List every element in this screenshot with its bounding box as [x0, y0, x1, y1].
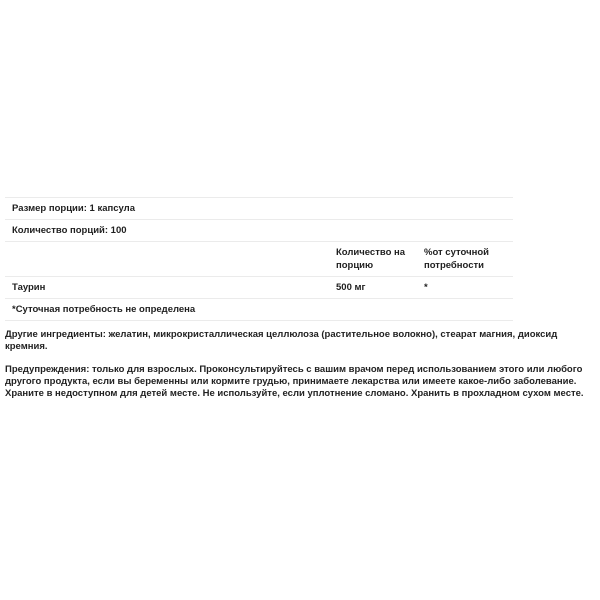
serving-size-row: Размер порции: 1 капсула [5, 198, 513, 220]
ingredient-daily-value: * [424, 282, 428, 294]
ingredient-name: Таурин [12, 282, 45, 294]
serving-size: Размер порции: 1 капсула [12, 203, 135, 215]
daily-value-footnote: *Суточная потребность не определена [12, 304, 195, 316]
daily-value-header: %от суточной потребности [424, 247, 506, 272]
table-header-row: Количество на порцию %от суточной потреб… [5, 242, 513, 277]
footnote-row: *Суточная потребность не определена [5, 299, 513, 321]
amount-per-serving-header: Количество на порцию [336, 247, 418, 272]
ingredient-amount: 500 мг [336, 282, 365, 294]
servings-per-container: Количество порций: 100 [12, 225, 127, 237]
table-row: Таурин 500 мг * [5, 277, 513, 299]
servings-per-container-row: Количество порций: 100 [5, 220, 513, 242]
warnings: Предупреждения: только для взрослых. Про… [5, 364, 595, 400]
supplement-facts-table: Размер порции: 1 капсула Количество порц… [5, 197, 513, 321]
other-ingredients: Другие ингредиенты: желатин, микрокриста… [5, 329, 595, 353]
